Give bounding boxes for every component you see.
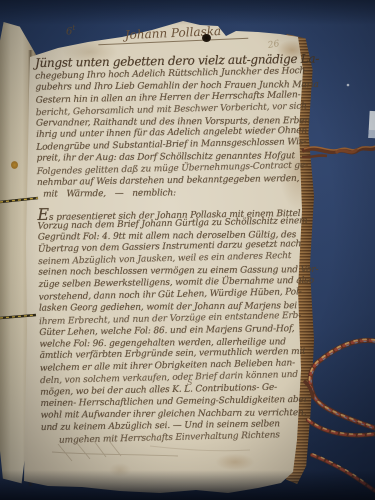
paragraph: Es praesentieret sich der Johann Pollask… <box>37 205 301 447</box>
ink-blot <box>202 34 211 42</box>
corner-folio-number: 26 <box>267 39 280 51</box>
manuscript-content: 6t Johann Pollaska 26 S Jüngst unten geb… <box>0 0 375 500</box>
folio-mark: 6t <box>66 24 75 37</box>
manuscript-line: mit Wärmde, — nemblich: <box>37 187 297 201</box>
photo-of-manuscript: 6t Johann Pollaska 26 S Jüngst unten geb… <box>0 0 375 500</box>
paragraph: Jüngst unten gebetten dero vielz aut-gnä… <box>35 52 297 202</box>
manuscript-lines: Jüngst unten gebetten dero vielz aut-gnä… <box>35 52 301 447</box>
page-title: Johann Pollaska <box>98 23 249 46</box>
